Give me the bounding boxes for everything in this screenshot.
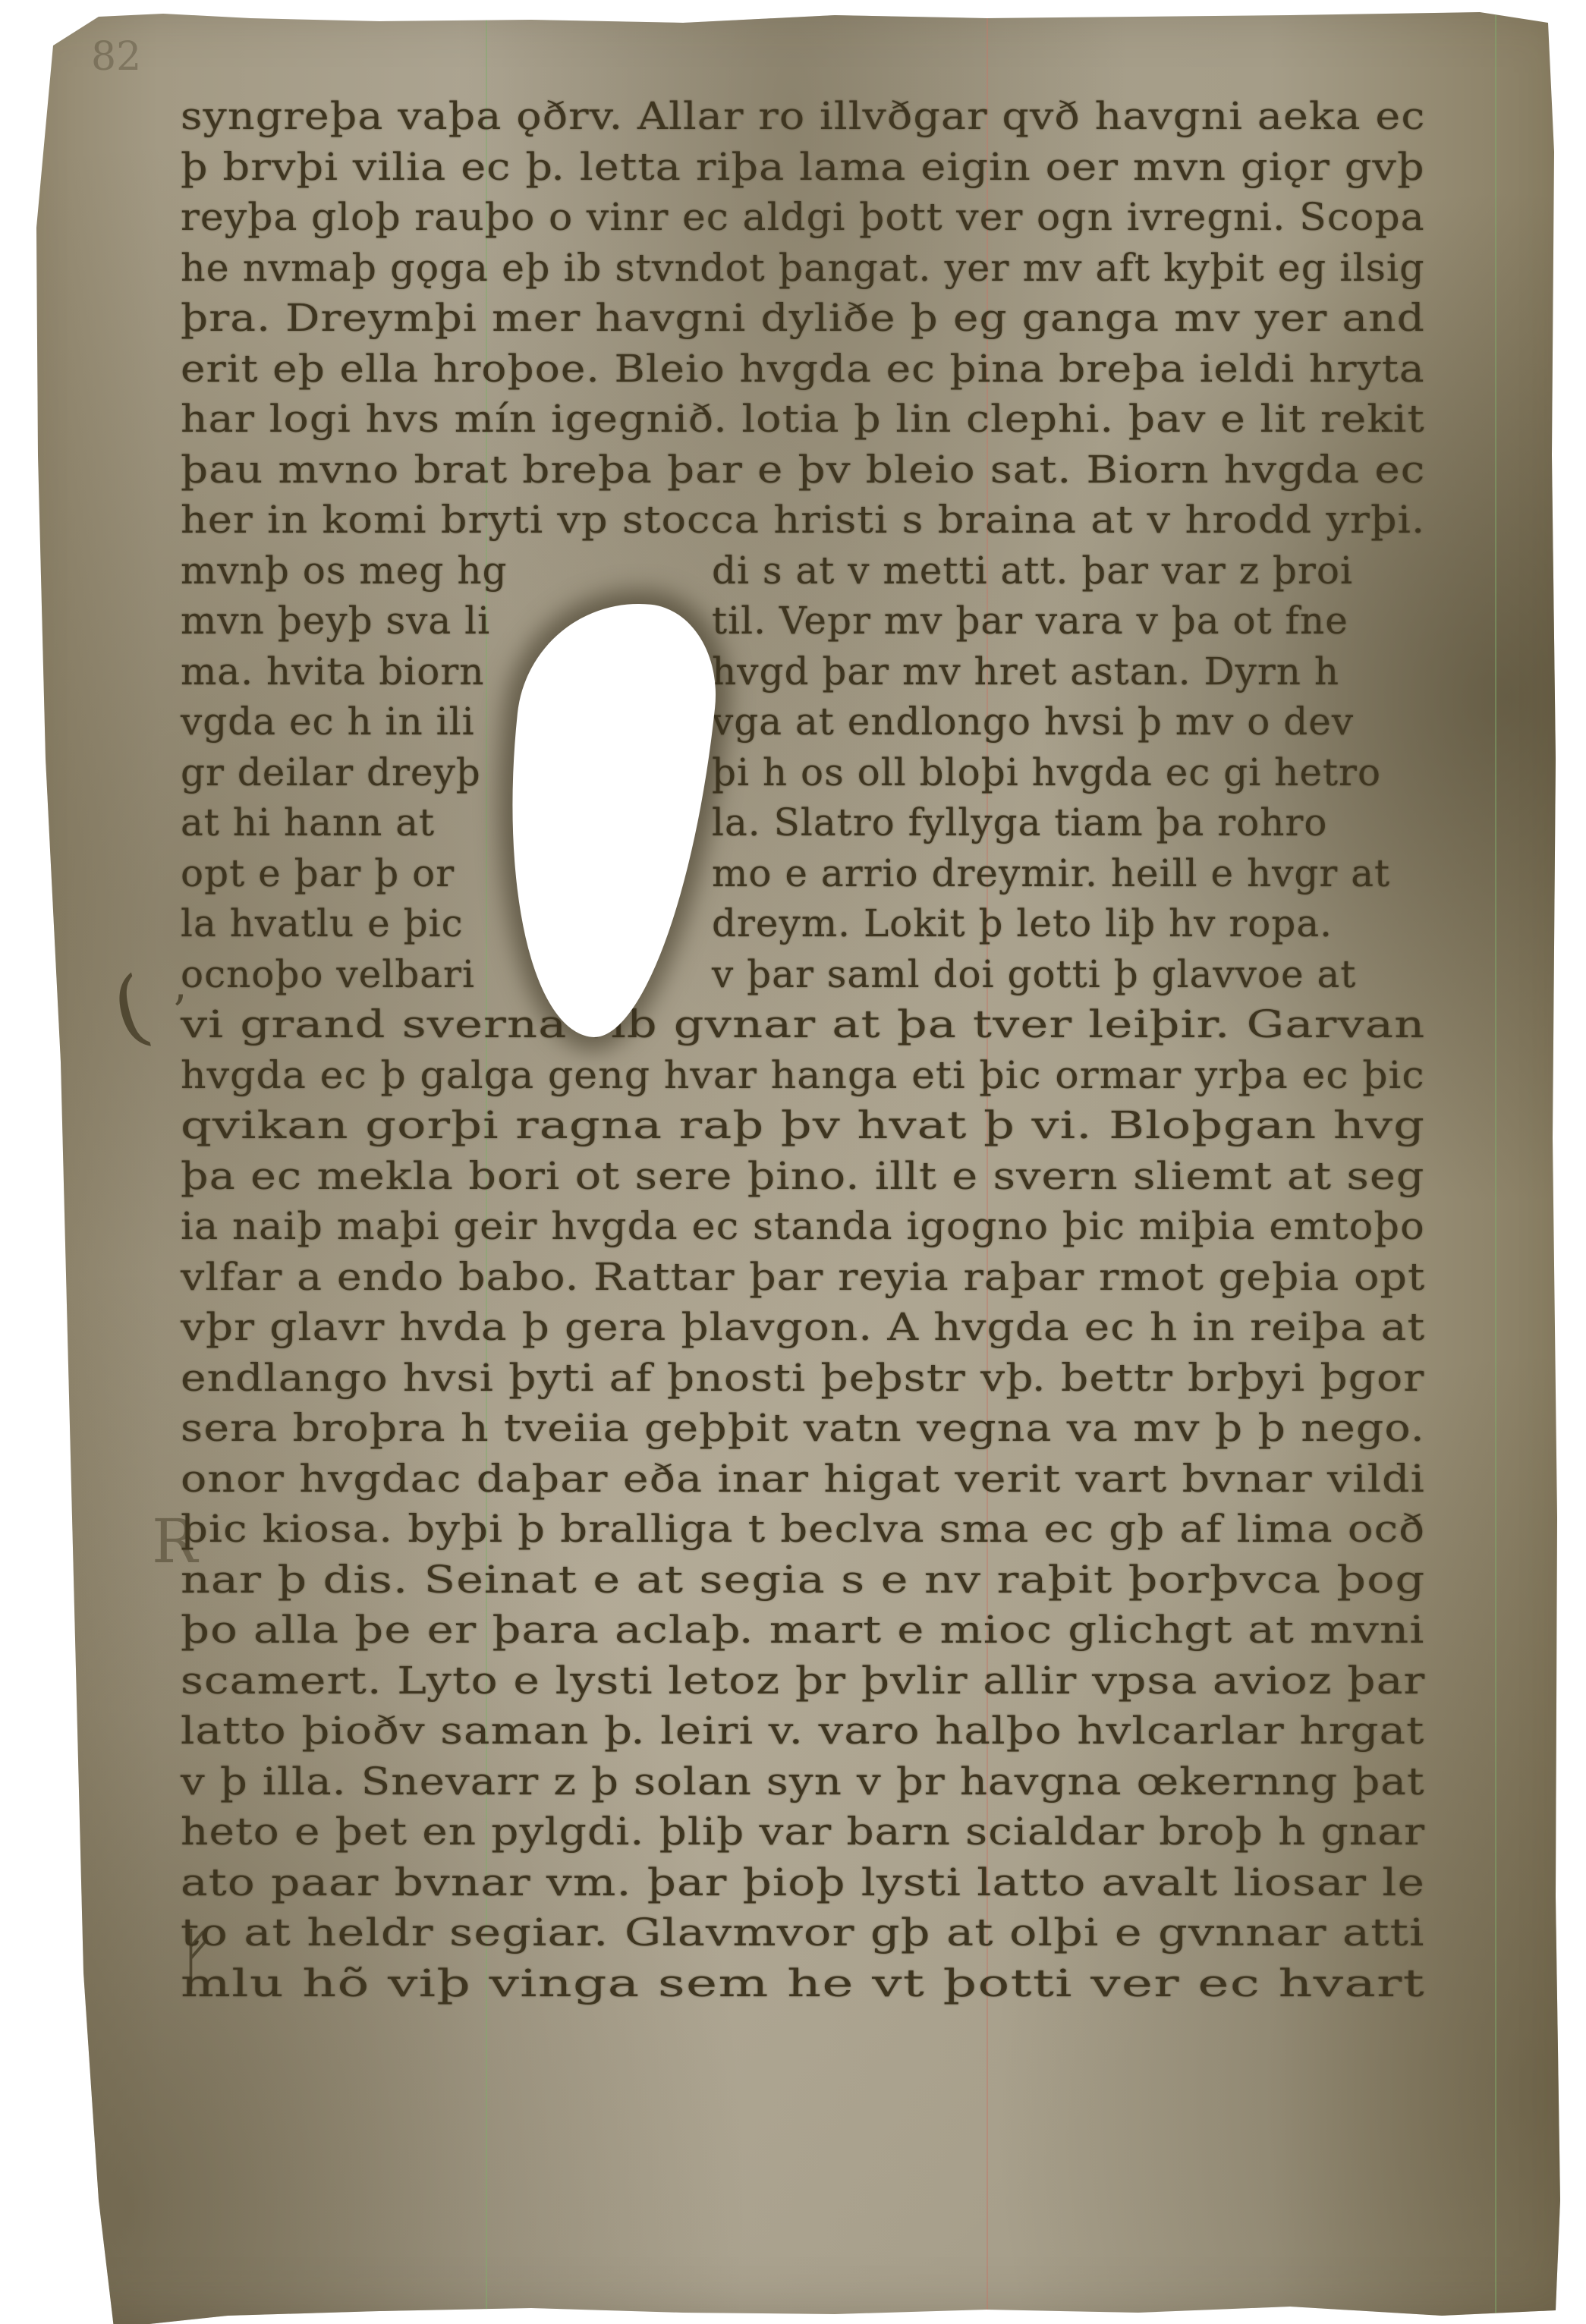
manuscript-line: ocnoþo velbariv þar saml doi gotti þ gla…	[181, 949, 475, 999]
manuscript-line: gr deilar dreyþþi h os oll bloþi hvgda e…	[181, 747, 481, 797]
line-text: þa ec mekla bori ot sere þino. illt e sv…	[181, 1154, 1425, 1198]
margin-bracket-mark: (	[102, 958, 159, 1060]
manuscript-line: heto e þet en pylgdi. þliþ var barn scia…	[181, 1807, 1425, 1857]
manuscript-line: ma. hvita biornhvgd þar mv hret astan. D…	[181, 646, 484, 697]
line-text: gr deilar dreyþ	[181, 750, 481, 794]
line-text: reyþa gloþ rauþo o vinr ec aldgi þott ve…	[181, 195, 1425, 239]
line-text-right-of-hole: vga at endlongo hvsi þ mv o dev	[712, 697, 1354, 747]
vellum-hole	[485, 592, 725, 1046]
line-text: mvn þeyþ sva li	[181, 599, 490, 643]
line-text: opt e þar þ or	[181, 851, 455, 895]
manuscript-line: vgda ec h in ilivga at endlongo hvsi þ m…	[181, 697, 475, 747]
manuscript-line: þau mvno brat breþa þar e þv bleio sat. …	[181, 445, 1426, 495]
manuscript-line: latto þioðv saman þ. leiri v. varo halþo…	[181, 1706, 1425, 1756]
line-text-right-of-hole: di s at v metti att. þar var z þroi	[712, 546, 1353, 596]
line-text: vlfar a endo babo. Rattar þar reyia raþa…	[181, 1255, 1425, 1299]
manuscript-line: þo alla þe er þara aclaþ. mart e mioc gl…	[181, 1605, 1424, 1655]
line-text: la hvatlu e þic	[181, 901, 464, 945]
line-text: þo alla þe er þara aclaþ. mart e mioc gl…	[181, 1608, 1424, 1652]
manuscript-line: har logi hvs mín igegnið. lotia þ lin cl…	[181, 394, 1425, 444]
line-text: v þ illa. Snevarr z þ solan syn v þr hav…	[181, 1760, 1425, 1804]
line-text: scamert. Lyto e lysti letoz þr þvlir all…	[181, 1659, 1425, 1703]
manuscript-line: þra. Dreymþi mer havgni dyliðe þ eg gang…	[181, 293, 1425, 343]
line-text-right-of-hole: v þar saml doi gotti þ glavvoe at	[712, 949, 1356, 999]
manuscript-line: onor hvgdac daþar eða inar higat verit v…	[181, 1454, 1425, 1504]
line-text: þ brvþi vilia ec þ. letta riþa lama eigi…	[181, 145, 1425, 189]
line-text: mvnþ os meg hg	[181, 549, 508, 593]
line-text: nar þ dis. Seinat e at segia s e nv raþi…	[181, 1558, 1425, 1602]
line-text: hvgda ec þ galga geng hvar hanga eti þic…	[181, 1053, 1425, 1097]
manuscript-line: scamert. Lyto e lysti letoz þr þvlir all…	[181, 1656, 1425, 1706]
manuscript-line: mlu hõ viþ vinga sem he vt þotti ver ec …	[181, 1958, 1425, 2008]
manuscript-line: endlango hvsi þyti af þnosti þeþstr vþ. …	[181, 1353, 1424, 1403]
line-text: þau mvno brat breþa þar e þv bleio sat. …	[181, 448, 1426, 492]
manuscript-line: þa ec mekla bori ot sere þino. illt e sv…	[181, 1151, 1425, 1201]
manuscript-page: 82 syngreþa vaþa ǫðrv. Allar ro illvðgar…	[0, 0, 1586, 2324]
line-text: onor hvgdac daþar eða inar higat verit v…	[181, 1457, 1425, 1501]
ruling-line-green-right	[1495, 15, 1496, 2314]
margin-letter-mark: R	[152, 1506, 197, 1577]
vellum-leaf: 82 syngreþa vaþa ǫðrv. Allar ro illvðgar…	[0, 0, 1586, 2324]
manuscript-line: qvikan gorþi ragna raþ þv hvat þ vi. Blo…	[181, 1100, 1425, 1150]
margin-tick-mark: ʼ	[171, 986, 185, 1039]
folio-number: 82	[91, 34, 141, 80]
line-text-right-of-hole: la. Slatro fyllyga tiam þa rohro	[712, 797, 1327, 848]
manuscript-line: mvn þeyþ sva litil. Vepr mv þar vara v þ…	[181, 596, 490, 646]
line-text: latto þioðv saman þ. leiri v. varo halþo…	[181, 1709, 1425, 1753]
manuscript-line: to at heldr segiar. Glavmvor gþ at olþi …	[181, 1907, 1425, 1958]
line-text: vþr glavr hvda þ gera þlavgon. A hvgda e…	[181, 1305, 1425, 1349]
manuscript-line: he nvmaþ gǫga eþ ib stvndot þangat. yer …	[181, 243, 1425, 293]
line-text: ia naiþ maþi geir hvgda ec standa igogno…	[181, 1204, 1425, 1248]
manuscript-line: erit eþ ella hroþoe. Bleio hvgda ec þina…	[181, 344, 1425, 394]
manuscript-line: vi grand sverna vib gvnar at þa tver lei…	[181, 999, 1425, 1049]
manuscript-line: opt e þar þ ormo e arrio dreymir. heill …	[181, 848, 455, 898]
manuscript-line: hvgda ec þ galga geng hvar hanga eti þic…	[181, 1050, 1425, 1100]
manuscript-line: þic kiosa. byþi þ bralliga t beclva sma …	[181, 1504, 1425, 1554]
line-text: mlu hõ viþ vinga sem he vt þotti ver ec …	[181, 1961, 1425, 2005]
manuscript-line: vþr glavr hvda þ gera þlavgon. A hvgda e…	[181, 1302, 1425, 1352]
line-text: erit eþ ella hroþoe. Bleio hvgda ec þina…	[181, 347, 1425, 391]
line-text: ma. hvita biorn	[181, 649, 484, 693]
line-text: har logi hvs mín igegnið. lotia þ lin cl…	[181, 397, 1425, 441]
manuscript-line: la hvatlu e þicdreym. Lokit þ leto liþ h…	[181, 898, 464, 948]
line-text: qvikan gorþi ragna raþ þv hvat þ vi. Blo…	[181, 1103, 1425, 1147]
line-text: þra. Dreymþi mer havgni dyliðe þ eg gang…	[181, 296, 1425, 340]
line-text-right-of-hole: þi h os oll bloþi hvgda ec gi hetro	[712, 747, 1381, 797]
line-text: vi grand sverna vib gvnar at þa tver lei…	[181, 1002, 1425, 1046]
line-text-right-of-hole: mo e arrio dreymir. heill e hvgr at	[712, 848, 1390, 898]
line-text: ato paar bvnar vm. þar þioþ lysti latto …	[181, 1860, 1425, 1904]
line-text: heto e þet en pylgdi. þliþ var barn scia…	[181, 1810, 1425, 1854]
line-text-right-of-hole: dreym. Lokit þ leto liþ hv ropa.	[712, 898, 1333, 948]
line-text: at hi hann at	[181, 800, 435, 844]
manuscript-line: her in komi bryti vp stocca hristi s bra…	[181, 495, 1425, 545]
line-text: endlango hvsi þyti af þnosti þeþstr vþ. …	[181, 1356, 1424, 1400]
line-text: he nvmaþ gǫga eþ ib stvndot þangat. yer …	[181, 246, 1425, 290]
line-text: vgda ec h in ili	[181, 700, 475, 744]
line-text-right-of-hole: til. Vepr mv þar vara v þa ot fne	[712, 596, 1348, 646]
manuscript-line: at hi hann atla. Slatro fyllyga tiam þa …	[181, 797, 435, 848]
manuscript-line: reyþa gloþ rauþo o vinr ec aldgi þott ve…	[181, 192, 1425, 242]
line-text: syngreþa vaþa ǫðrv. Allar ro illvðgar qv…	[181, 94, 1425, 138]
line-text: þic kiosa. byþi þ bralliga t beclva sma …	[181, 1507, 1425, 1551]
manuscript-line: sera broþra h tveiia geþþit vatn vegna v…	[181, 1403, 1425, 1453]
line-text: her in komi bryti vp stocca hristi s bra…	[181, 498, 1425, 542]
manuscript-line: mvnþ os meg hgdi s at v metti att. þar v…	[181, 546, 508, 596]
manuscript-line: þ brvþi vilia ec þ. letta riþa lama eigi…	[181, 142, 1425, 192]
manuscript-line: nar þ dis. Seinat e at segia s e nv raþi…	[181, 1555, 1425, 1605]
manuscript-line: vlfar a endo babo. Rattar þar reyia raþa…	[181, 1252, 1425, 1302]
line-text: to at heldr segiar. Glavmvor gþ at olþi …	[181, 1910, 1425, 1954]
line-text: sera broþra h tveiia geþþit vatn vegna v…	[181, 1406, 1425, 1450]
line-text: ocnoþo velbari	[181, 952, 475, 996]
manuscript-line: v þ illa. Snevarr z þ solan syn v þr hav…	[181, 1756, 1425, 1807]
margin-stroke-mark: ᚠ	[176, 1920, 217, 1999]
manuscript-line: ia naiþ maþi geir hvgda ec standa igogno…	[181, 1201, 1425, 1251]
line-text-right-of-hole: hvgd þar mv hret astan. Dyrn h	[712, 646, 1339, 697]
manuscript-line: ato paar bvnar vm. þar þioþ lysti latto …	[181, 1857, 1425, 1907]
manuscript-line: syngreþa vaþa ǫðrv. Allar ro illvðgar qv…	[181, 91, 1425, 141]
